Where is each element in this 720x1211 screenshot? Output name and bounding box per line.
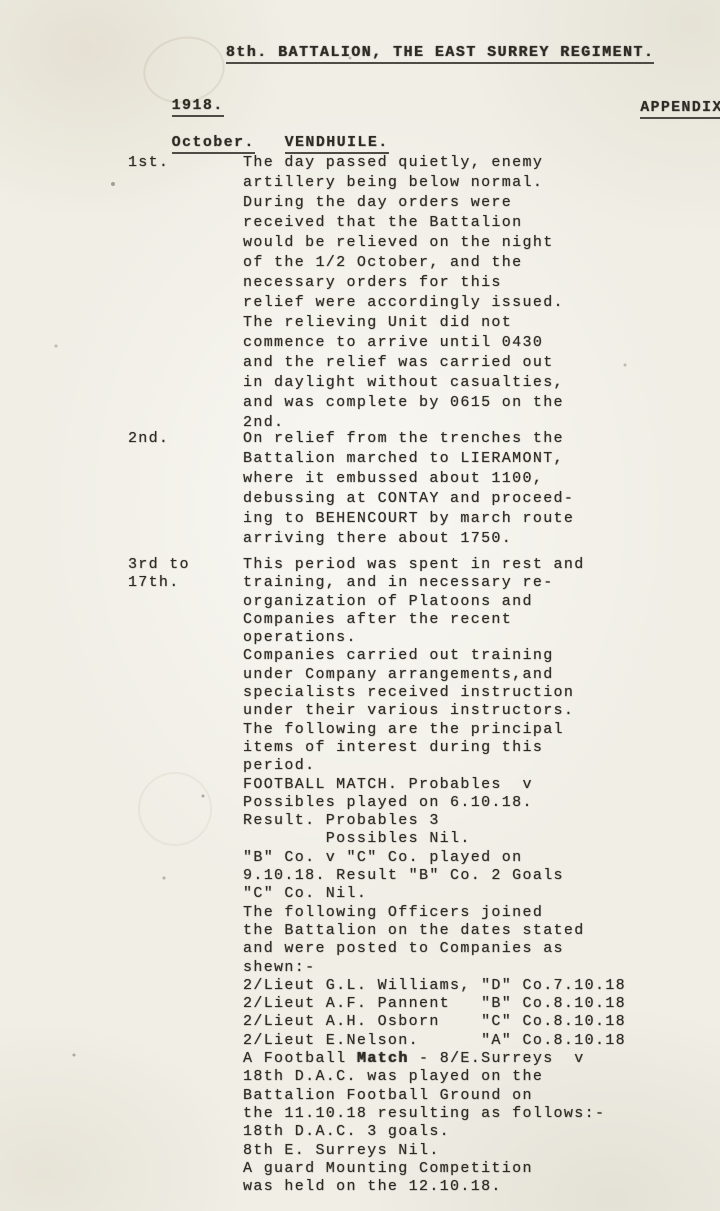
diary-line: where it embussed about 1100, [243,469,574,489]
paper-specks [0,0,2,2]
diary-entry: 3rd to17th. This period was spent in res… [128,556,626,1196]
diary-line: and were posted to Companies as [243,940,626,958]
diary-entry: 2nd. On relief from the trenches theBatt… [128,429,574,549]
diary-line: organization of Platoons and [243,593,626,611]
entry-date-line: 2nd. [128,429,243,449]
diary-line: training, and in necessary re- [243,574,626,592]
diary-line: period. [243,757,626,775]
diary-line: Possibles played on 6.10.18. [243,794,626,812]
diary-line: Battalion marched to LIERAMONT, [243,449,574,469]
diary-line: 2/Lieut A.H. Osborn "C" Co.8.10.18 [243,1013,626,1031]
diary-line: Companies carried out training [243,647,626,665]
diary-line: and the relief was carried out [243,353,564,373]
diary-line: under their various instructors. [243,702,626,720]
diary-line: 8th E. Surreys Nil. [243,1142,626,1160]
diary-page: 8th. BATTALION, THE EAST SURREY REGIMENT… [0,0,720,1211]
diary-line: of the 1/2 October, and the [243,253,564,273]
diary-line: specialists received instruction [243,684,626,702]
diary-line: ing to BEHENCOURT by march route [243,509,574,529]
diary-line: items of interest during this [243,739,626,757]
diary-line: was held on the 12.10.18. [243,1178,626,1196]
diary-line: 9.10.18. Result "B" Co. 2 Goals [243,867,626,885]
diary-line: A guard Mounting Competition [243,1160,626,1178]
diary-line: 18th D.A.C. was played on the [243,1068,626,1086]
diary-line: The day passed quietly, enemy [243,153,564,173]
diary-line: The following Officers joined [243,904,626,922]
diary-line: During the day orders were [243,193,564,213]
diary-line: shewn:- [243,959,626,977]
entry-date-line: 3rd to [128,556,243,574]
diary-line: Result. Probables 3 [243,812,626,830]
diary-line: "C" Co. Nil. [243,885,626,903]
diary-line: necessary orders for this [243,273,564,293]
diary-line: FOOTBALL MATCH. Probables v [243,776,626,794]
diary-line: the 11.10.18 resulting as follows:- [243,1105,626,1123]
diary-line: 18th D.A.C. 3 goals. [243,1123,626,1141]
diary-line: in daylight without casualties, [243,373,564,393]
diary-line: relief were accordingly issued. [243,293,564,313]
diary-line: 2/Lieut E.Nelson. "A" Co.8.10.18 [243,1032,626,1050]
diary-line: The relieving Unit did not [243,313,564,333]
entry-date-line: 17th. [128,574,243,592]
diary-line: operations. [243,629,626,647]
diary-line: This period was spent in rest and [243,556,626,574]
diary-line: 2/Lieut A.F. Pannent "B" Co.8.10.18 [243,995,626,1013]
appendix-label: APPENDIX. [599,82,720,133]
entry-body: The day passed quietly, enemyartillery b… [243,153,564,433]
diary-line: On relief from the trenches the [243,429,574,449]
diary-line: Companies after the recent [243,611,626,629]
diary-line: the Battalion on the dates stated [243,922,626,940]
diary-line: commence to arrive until 0430 [243,333,564,353]
diary-line: Possibles Nil. [243,830,626,848]
diary-line: 2/Lieut G.L. Williams, "D" Co.7.10.18 [243,977,626,995]
entry-date: 3rd to17th. [128,556,243,593]
diary-line: Battalion Football Ground on [243,1087,626,1105]
diary-entry: 1st. The day passed quietly, enemyartill… [128,153,564,433]
entry-body: On relief from the trenches theBattalion… [243,429,574,549]
diary-line: under Company arrangements,and [243,666,626,684]
page-title-text: 8th. BATTALION, THE EAST SURREY REGIMENT… [226,44,655,64]
diary-line: artillery being below normal. [243,173,564,193]
diary-line: The following are the principal [243,721,626,739]
diary-line: "B" Co. v "C" Co. played on [243,849,626,867]
diary-line: and was complete by 0615 on the [243,393,564,413]
diary-line: received that the Battalion [243,213,564,233]
diary-line: debussing at CONTAY and proceed- [243,489,574,509]
entry-date-line: 1st. [128,153,243,173]
diary-line: A Football Match - 8/E.Surreys v [243,1050,626,1068]
diary-line: would be relieved on the night [243,233,564,253]
page-title: 8th. BATTALION, THE EAST SURREY REGIMENT… [184,27,654,78]
entry-date: 1st. [128,153,243,173]
entry-body: This period was spent in rest andtrainin… [243,556,626,1196]
diary-line: arriving there about 1750. [243,529,574,549]
entry-date: 2nd. [128,429,243,449]
